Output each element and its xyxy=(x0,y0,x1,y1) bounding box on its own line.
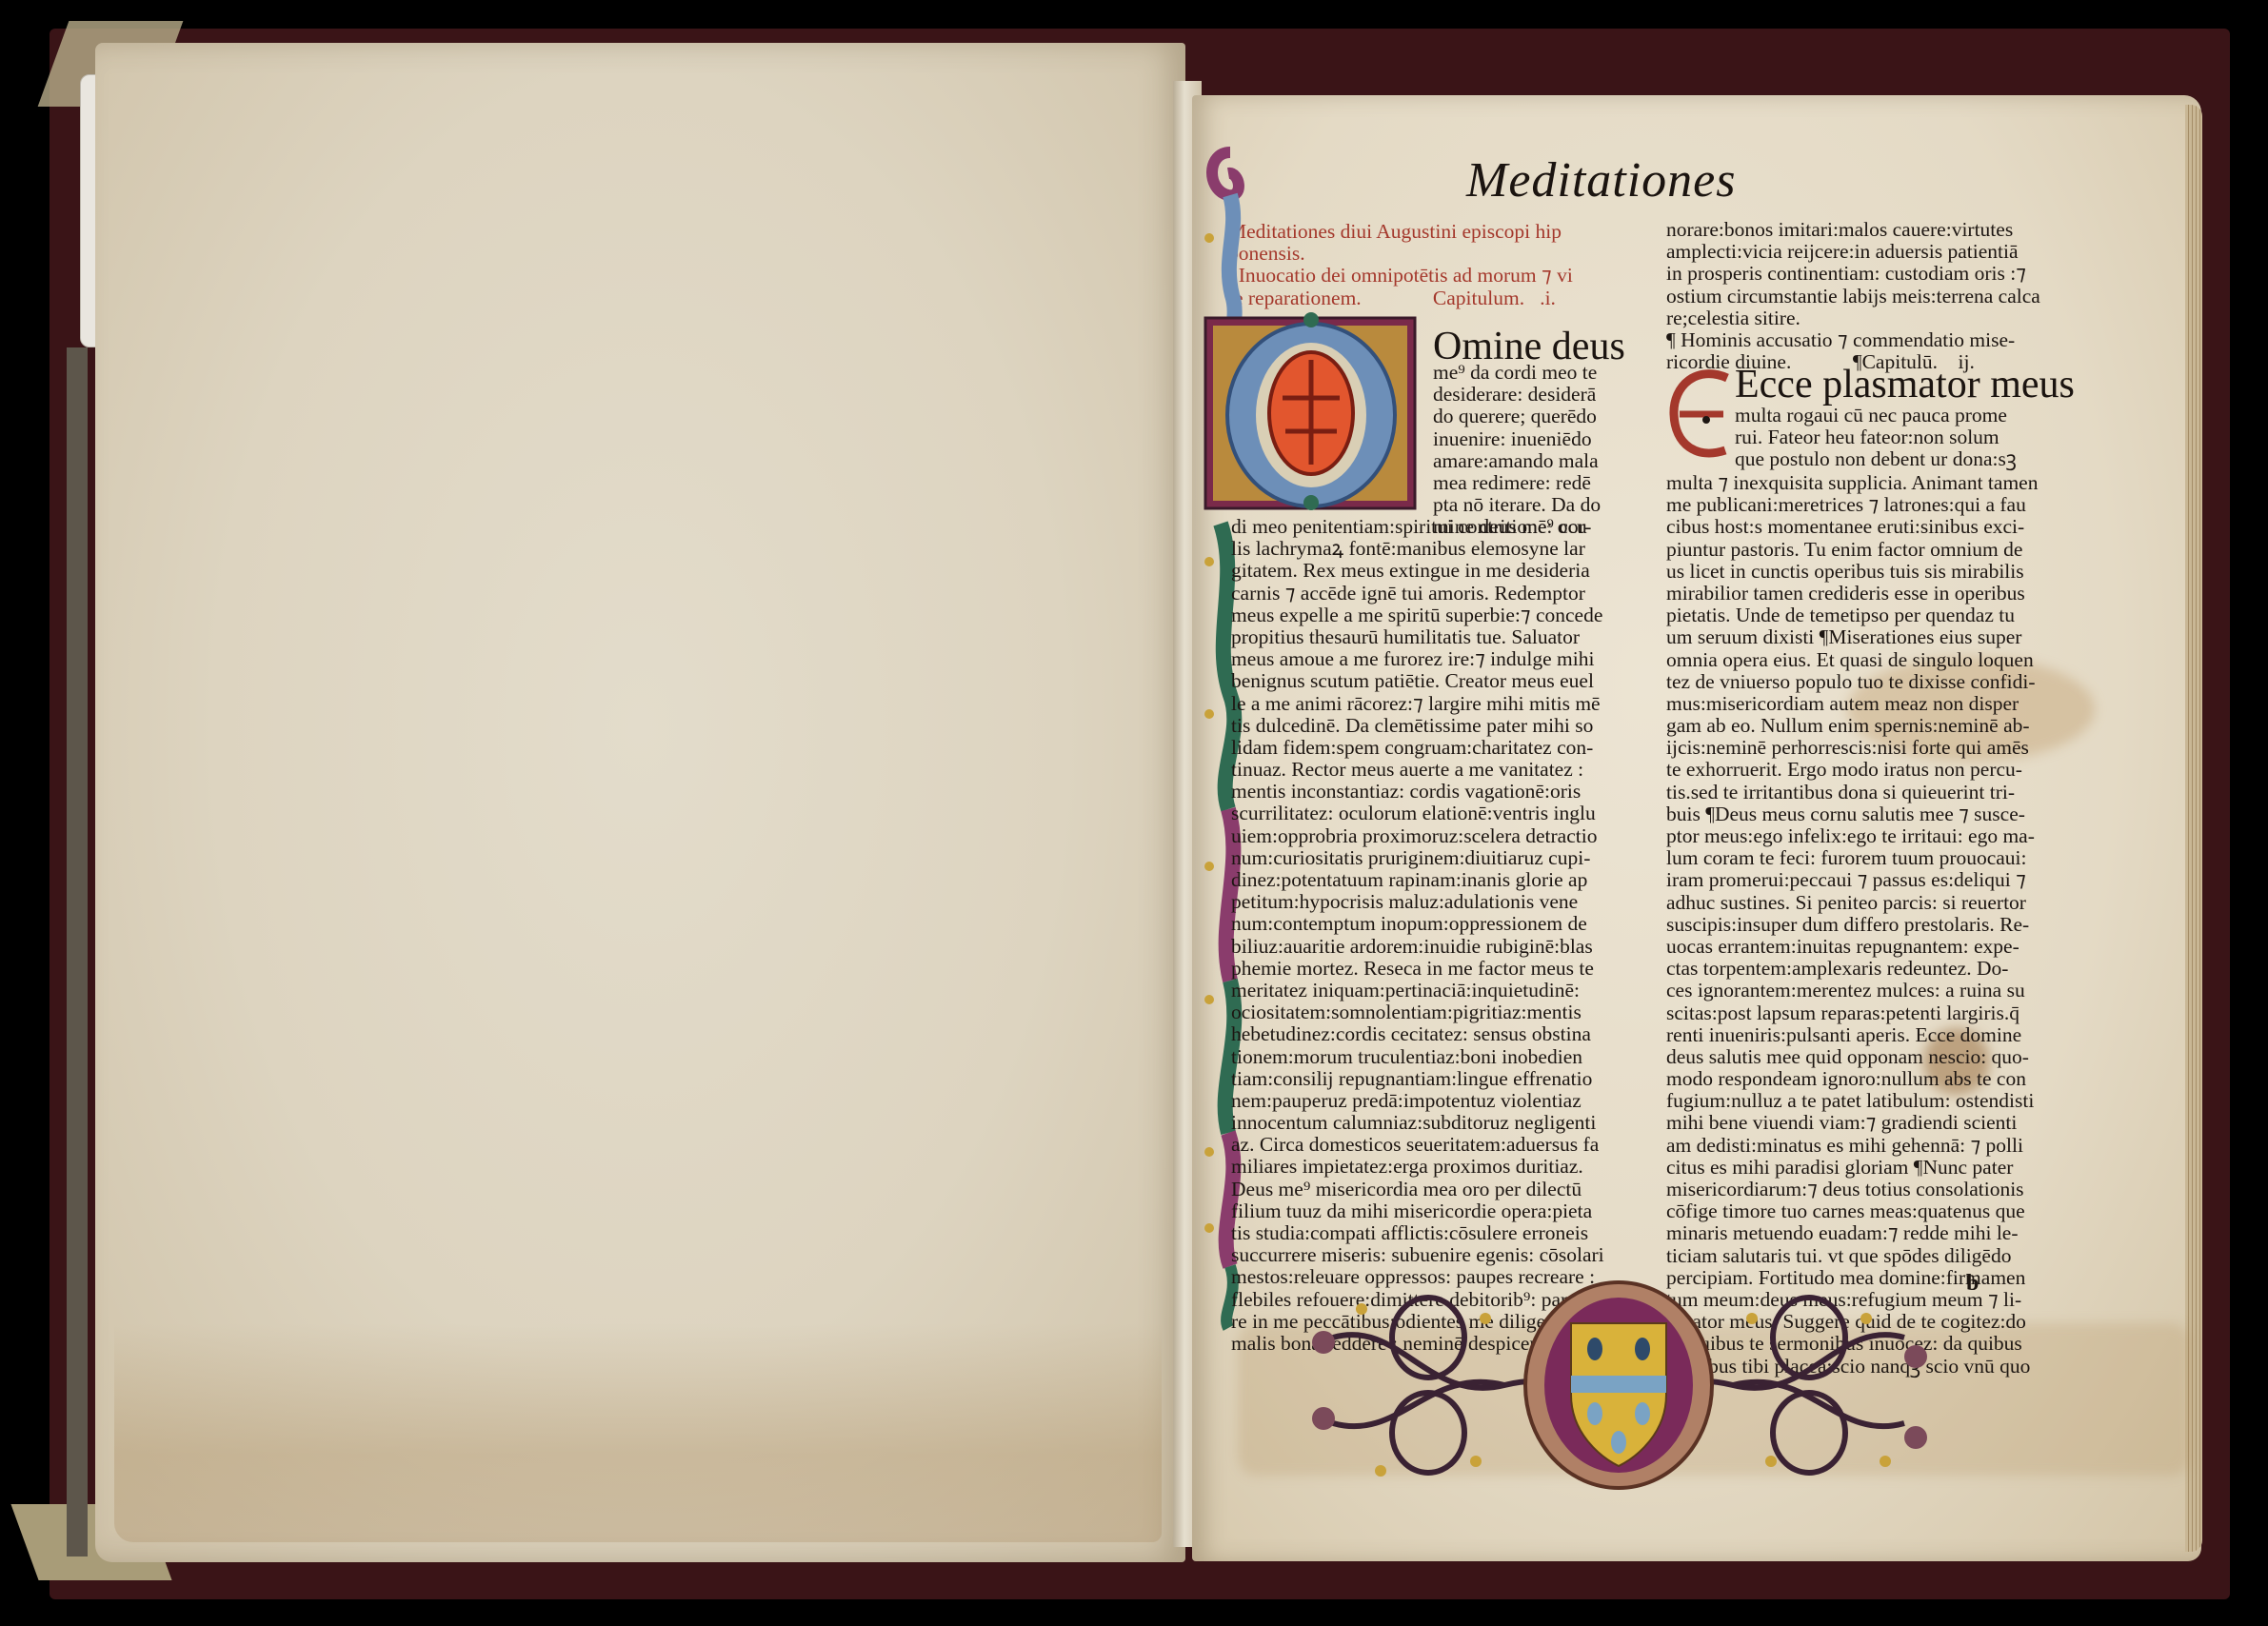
text-line: biliuz:auaritie ardorem:inuidie rubiginē… xyxy=(1231,936,1679,958)
text-line: modo respondeam ignoro:nullum abs te con xyxy=(1666,1068,2138,1090)
text-line: re;celestia sitire. xyxy=(1666,307,2138,329)
text-line: inuenire: inueniēdo xyxy=(1433,428,1681,450)
text-line: lum coram te feci: furorem tuum prouocau… xyxy=(1666,847,2138,869)
text-line: ociositatem:somnolentiam:pigritiaz:menti… xyxy=(1231,1001,1679,1023)
text-line: ces ignorantem:merentez mulces: a ruina … xyxy=(1666,980,2138,1001)
chapter-heading-line: ¶ Hominis accusatio ⁊ commendatio mise- xyxy=(1666,329,2138,351)
text-line: tis.sed te irritantibus dona si quieueri… xyxy=(1666,782,2138,803)
pastedown-edge xyxy=(67,347,88,1557)
text-line: misericordiarum:⁊ deus totius consolatio… xyxy=(1666,1179,2138,1200)
text-line: omnia opera eius. Et quasi de singulo lo… xyxy=(1666,649,2138,671)
text-line: adhuc sustines. Si peniteo parcis: si re… xyxy=(1666,892,2138,914)
text-line: buis ¶Deus meus cornu salutis mee ⁊ susc… xyxy=(1666,803,2138,825)
text-line: ptor meus:ego infelix:ego te irritaui: e… xyxy=(1666,825,2138,847)
text-line: benignus scutum patiētie. Creator meus e… xyxy=(1231,670,1679,692)
text-line: uocas errantem:inuitas repugnantem: expe… xyxy=(1666,936,2138,958)
text-line: tis dulcedinē. Da clemētissime pater mih… xyxy=(1231,715,1679,737)
rubric-heading: Meditationes diui Augustini episcopi hip… xyxy=(1228,221,1671,309)
text-line: us licet in cunctis operibus tuis sis mi… xyxy=(1666,561,2138,583)
text-line: dinez:potentatuum rapinam:inanis glorie … xyxy=(1231,869,1679,891)
text-line: pta nō iterare. Da do xyxy=(1433,494,1681,516)
text-line: renti inueniris:pulsanti aperis. Ecce do… xyxy=(1666,1024,2138,1046)
text-line: amplecti:vicia reijcere:in aduersis pati… xyxy=(1666,241,2138,263)
text-line: tis studia:compati afflictis:cōsulere er… xyxy=(1231,1222,1679,1244)
text-line: mus:misericordiam autem meaz non disper xyxy=(1666,693,2138,715)
text-line: mentis inconstantiaz: cordis vagationē:o… xyxy=(1231,781,1679,803)
text-line: mihi bene viuendi viam:⁊ gradiendi scien… xyxy=(1666,1112,2138,1134)
text-line: lidam fidem:spem congruam:charitatez con… xyxy=(1231,737,1679,759)
text-line: meritatez iniquam:pertinaciā:inquietudin… xyxy=(1231,980,1679,1001)
text-line: ijcis:neminē perhorrescis:nisi forte qui… xyxy=(1666,737,2138,759)
text-line: miliares impietatez:erga proximos duriti… xyxy=(1231,1156,1679,1178)
rubricated-initial-e-icon xyxy=(1668,367,1740,462)
text-line: meus expelle a me spiritū superbie:⁊ con… xyxy=(1231,605,1679,626)
text-line: citus es mihi paradisi gloriam ¶Nunc pat… xyxy=(1666,1157,2138,1179)
text-line: lis lachrymaꝝ fontē:manibus elemosyne la… xyxy=(1231,538,1679,560)
column-b-top: norare:bonos imitari:malos cauere:virtut… xyxy=(1666,219,2138,373)
text-line: minaris metuendo euadam:⁊ redde mihi le- xyxy=(1666,1222,2138,1244)
text-line: multa rogaui cū nec pauca prome xyxy=(1735,405,2144,426)
text-line: scitas:post lapsum reparas:petenti largi… xyxy=(1666,1002,2138,1024)
text-line: meus amoue a me furorez ire:⁊ indulge mi… xyxy=(1231,648,1679,670)
text-line: tiam:consilij repugnantiam:lingue effren… xyxy=(1231,1068,1679,1090)
text-line: mirabilior tamen credideris esse in oper… xyxy=(1666,583,2138,605)
rubric-line: ponensis. xyxy=(1228,243,1671,265)
text-line: tionem:morum truculentiaz:boni inobedien xyxy=(1231,1046,1679,1068)
text-line: me⁹ da cordi meo te xyxy=(1433,362,1681,384)
text-line: ticiam salutaris tui. vt que spōdes dili… xyxy=(1666,1245,2138,1267)
text-line: scurrilitatez: oculorum elationē:ventris… xyxy=(1231,803,1679,824)
text-line: me publicani:meretrices ⁊ latrones:qui a… xyxy=(1666,494,2138,516)
text-line: di meo penitentiam:spiritui contritionē:… xyxy=(1231,516,1679,538)
incipit-b: Ecce plasmator meus xyxy=(1735,362,2075,407)
text-line: do querere; querēdo xyxy=(1433,406,1681,427)
text-line: norare:bonos imitari:malos cauere:virtut… xyxy=(1666,219,2138,241)
text-line: am dedisti:minatus es mihi gehennā: ⁊ po… xyxy=(1666,1135,2138,1157)
text-line: cōfige timore tuo carnes meas:quatenus q… xyxy=(1666,1200,2138,1222)
text-line: mea redimere: redē xyxy=(1433,472,1681,494)
text-line: hebetudinez:cordis cecitatez: sensus obs… xyxy=(1231,1023,1679,1045)
text-line: piuntur pastoris. Tu enim factor omnium … xyxy=(1666,539,2138,561)
text-line: num:curiositatis pruriginem:diuitiaruz c… xyxy=(1231,847,1679,869)
text-line: desiderare: desiderā xyxy=(1433,384,1681,406)
text-line: Deus me⁹ misericordia mea oro per dilect… xyxy=(1231,1179,1679,1200)
text-line: gam ab eo. Nullum enim spernis:neminē ab… xyxy=(1666,715,2138,737)
column-b-body: multa ⁊ inexquisita supplicia. Animant t… xyxy=(1666,472,2138,1378)
text-line: multa ⁊ inexquisita supplicia. Animant t… xyxy=(1666,472,2138,494)
text-line: deus salutis mee quid opponam nescio: qu… xyxy=(1666,1046,2138,1068)
text-line: pietatis. Unde de temetipso per quendaz … xyxy=(1666,605,2138,626)
text-line: phemie mortez. Reseca in me factor meus … xyxy=(1231,958,1679,980)
column-b-beside-initial: multa rogaui cū nec pauca prome rui. Fat… xyxy=(1735,405,2144,471)
illuminated-initial-d-icon xyxy=(1202,312,1430,517)
text-line: az. Circa domesticos seueritatem:aduersu… xyxy=(1231,1134,1679,1156)
text-line: filium tuuz da mihi misericordie opera:p… xyxy=(1231,1200,1679,1222)
text-line: tinuaz. Rector meus auerte a me vanitate… xyxy=(1231,759,1679,781)
text-line: petitum:hypocrisis maluz:adulationis ven… xyxy=(1231,891,1679,913)
text-line: que postulo non debent ur dona:sꝫ xyxy=(1735,448,2144,470)
column-a-beside-initial: me⁹ da cordi meo te desiderare: desiderā… xyxy=(1433,362,1681,539)
text-line: carnis ⁊ accēde ignē tui amoris. Redempt… xyxy=(1231,583,1679,605)
text-line: rui. Fateor heu fateor:non solum xyxy=(1735,426,2144,448)
text-line: um seruum dixisti ¶Miserationes eius sup… xyxy=(1666,626,2138,648)
text-line: gitatem. Rex meus extingue in me desider… xyxy=(1231,560,1679,582)
text-line: fugium:nulluz a te patet latibulum: oste… xyxy=(1666,1090,2138,1112)
text-line: tez de vniuerso populo tuo te dixisse co… xyxy=(1666,671,2138,693)
text-line: propitius thesaurū humilitatis tue. Salu… xyxy=(1231,626,1679,648)
text-line: ostium circumstantie labijs meis:terrena… xyxy=(1666,286,2138,307)
coat-of-arms-border-icon xyxy=(1238,1280,1999,1504)
running-head: Meditationes xyxy=(1466,152,1737,208)
text-line: nem:pauperuz predā:impotentuz violentiaz xyxy=(1231,1090,1679,1112)
rubric-line: te reparationem. Capitulum. .i. xyxy=(1228,288,1671,309)
text-line: uiem:opprobria proximoruz:scelera detrac… xyxy=(1231,825,1679,847)
rubric-line: Meditationes diui Augustini episcopi hip xyxy=(1228,221,1671,243)
column-a-body: di meo penitentiam:spiritui contritionē:… xyxy=(1231,516,1679,1355)
rubric-line: Inuocatio dei omnipotētis ad morum ⁊ vi xyxy=(1228,265,1671,287)
text-line: le a me animi rācorez:⁊ largire mihi mit… xyxy=(1231,693,1679,715)
text-line: innocentum calumniaz:subditoruz negligen… xyxy=(1231,1112,1679,1134)
text-line: num:contemptum inopum:oppressionem de xyxy=(1231,913,1679,935)
text-line: cibus host:s momentanee eruti:sinibus ex… xyxy=(1666,516,2138,538)
text-line: suscipis:insuper dum differo prestolaris… xyxy=(1666,914,2138,936)
text-line: ctas torpentem:amplexaris redeuntez. Do- xyxy=(1666,958,2138,980)
text-line: te exhorruerit. Ergo modo iratus non per… xyxy=(1666,759,2138,781)
text-line: in prosperis continentiam: custodiam ori… xyxy=(1666,263,2138,285)
text-line: iram promerui:peccaui ⁊ passus es:deliqu… xyxy=(1666,869,2138,891)
water-stain-left xyxy=(114,1323,1162,1542)
text-line: succurrere miseris: subuenire egenis: cō… xyxy=(1231,1244,1679,1266)
text-line: amare:amando mala xyxy=(1433,450,1681,472)
